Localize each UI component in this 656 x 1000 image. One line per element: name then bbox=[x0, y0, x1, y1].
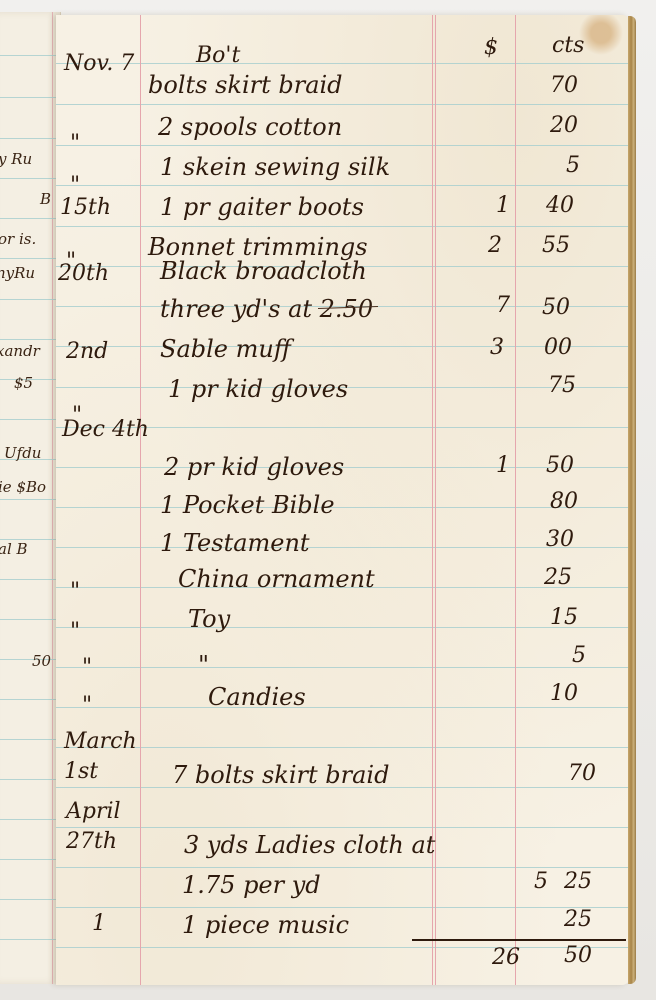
entry-item: 2 spools cotton bbox=[158, 115, 342, 139]
entry-dollars: 5 bbox=[534, 871, 548, 893]
entry-cents: 70 bbox=[568, 763, 596, 785]
ledger-photo: y Ru B or is. nyRu xandr $5 Ufdu ie $Bo … bbox=[0, 0, 656, 1000]
entry-item: 2 pr kid gloves bbox=[164, 455, 344, 479]
date-column-rule bbox=[140, 15, 141, 985]
entry-date: " bbox=[82, 657, 92, 679]
entry-cents: 30 bbox=[546, 529, 574, 551]
left-facing-page: y Ru B or is. nyRu xandr $5 Ufdu ie $Bo … bbox=[0, 12, 61, 984]
entry-date: 15th bbox=[60, 197, 111, 219]
left-fragment: 50 bbox=[32, 652, 51, 670]
entry-item: 1 pr gaiter boots bbox=[160, 195, 364, 219]
ledger-page: Bo't $ cts Nov. 7 bolts skirt braid 70 "… bbox=[56, 15, 630, 985]
entry-item: bolts skirt braid bbox=[148, 73, 343, 97]
entry-date: " bbox=[70, 581, 80, 603]
entry-date: 1 bbox=[92, 913, 106, 935]
entry-item: Candies bbox=[208, 685, 306, 709]
entry-date: " bbox=[70, 133, 80, 155]
left-fragment: xandr bbox=[0, 342, 40, 360]
cents-column-header: cts bbox=[552, 35, 584, 57]
entry-date: March 1st bbox=[64, 727, 134, 787]
total-rule bbox=[412, 939, 626, 941]
entry-cents: 10 bbox=[550, 683, 578, 705]
entry-dollars: 1 bbox=[496, 455, 510, 477]
entry-item: 1 pr kid gloves bbox=[168, 377, 348, 401]
entry-date: Nov. 7 bbox=[64, 53, 134, 75]
entry-date: " bbox=[82, 695, 92, 717]
entry-item: 3 yds Ladies cloth at bbox=[184, 833, 435, 857]
entry-cents: 70 bbox=[550, 75, 578, 97]
entry-date: 20th bbox=[58, 263, 109, 285]
dollars-column-header: $ bbox=[484, 37, 498, 59]
left-fragment: y Ru bbox=[0, 150, 32, 168]
page-stack-edge bbox=[628, 16, 636, 984]
entry-date: April 27th bbox=[66, 797, 136, 857]
entry-cents: 5 bbox=[566, 155, 580, 177]
cents-column-rule bbox=[515, 15, 516, 985]
entry-item: Bonnet trimmings bbox=[148, 235, 368, 259]
entry-cents: 50 bbox=[546, 455, 574, 477]
entry-cents: 5 bbox=[572, 645, 586, 667]
left-fragment: Ufdu bbox=[4, 444, 41, 462]
entry-item: Black broadcloth bbox=[160, 259, 367, 283]
entry-item: 7 bolts skirt braid bbox=[172, 763, 389, 787]
entry-cents: 15 bbox=[550, 607, 578, 629]
entry-item: Toy bbox=[188, 607, 230, 631]
entry-date: " bbox=[70, 621, 80, 643]
entry-cents: 20 bbox=[550, 115, 578, 137]
entry-item: 1 Pocket Bible bbox=[160, 493, 335, 517]
entry-cents: 25 bbox=[564, 871, 592, 893]
entry-date: Dec 4th bbox=[62, 419, 149, 441]
entry-item: 1 skein sewing silk bbox=[160, 155, 390, 179]
total-dollars: 26 bbox=[492, 947, 520, 969]
entry-item: 1 Testament bbox=[160, 531, 310, 555]
entry-item: 1 piece music bbox=[182, 913, 349, 937]
entry-dollars: 1 bbox=[496, 195, 510, 217]
entry-cents: 40 bbox=[546, 195, 574, 217]
entry-item: Sable muff bbox=[160, 337, 291, 361]
entry-cents: 75 bbox=[548, 375, 576, 397]
entry-date: 2nd bbox=[66, 341, 108, 363]
entry-item: three yd's at 2.50 bbox=[160, 297, 373, 321]
entry-item: China ornament bbox=[178, 567, 375, 591]
entry-cents: 55 bbox=[542, 235, 570, 257]
item-column-header: Bo't bbox=[196, 45, 240, 67]
left-fragment: nyRu bbox=[0, 264, 35, 282]
entry-item: " bbox=[198, 653, 209, 677]
entry-cents: 00 bbox=[544, 337, 572, 359]
entry-cents: 80 bbox=[550, 491, 578, 513]
entry-date: " bbox=[70, 175, 80, 197]
left-fragment: ie $Bo bbox=[0, 478, 46, 496]
left-fragment: al B bbox=[0, 540, 28, 558]
entry-dollars: 3 bbox=[490, 337, 504, 359]
left-fragment: B bbox=[40, 190, 51, 208]
entry-cents: 50 bbox=[542, 297, 570, 319]
entry-cents: 25 bbox=[564, 909, 592, 931]
total-cents: 50 bbox=[564, 945, 592, 967]
entry-item: 1.75 per yd bbox=[182, 873, 321, 897]
left-fragment: or is. bbox=[0, 230, 36, 248]
left-fragment: $5 bbox=[14, 374, 33, 392]
entry-dollars: 2 bbox=[488, 235, 502, 257]
entry-dollars: 7 bbox=[496, 295, 510, 317]
entry-cents: 25 bbox=[544, 567, 572, 589]
left-page-margin-line bbox=[52, 12, 53, 984]
